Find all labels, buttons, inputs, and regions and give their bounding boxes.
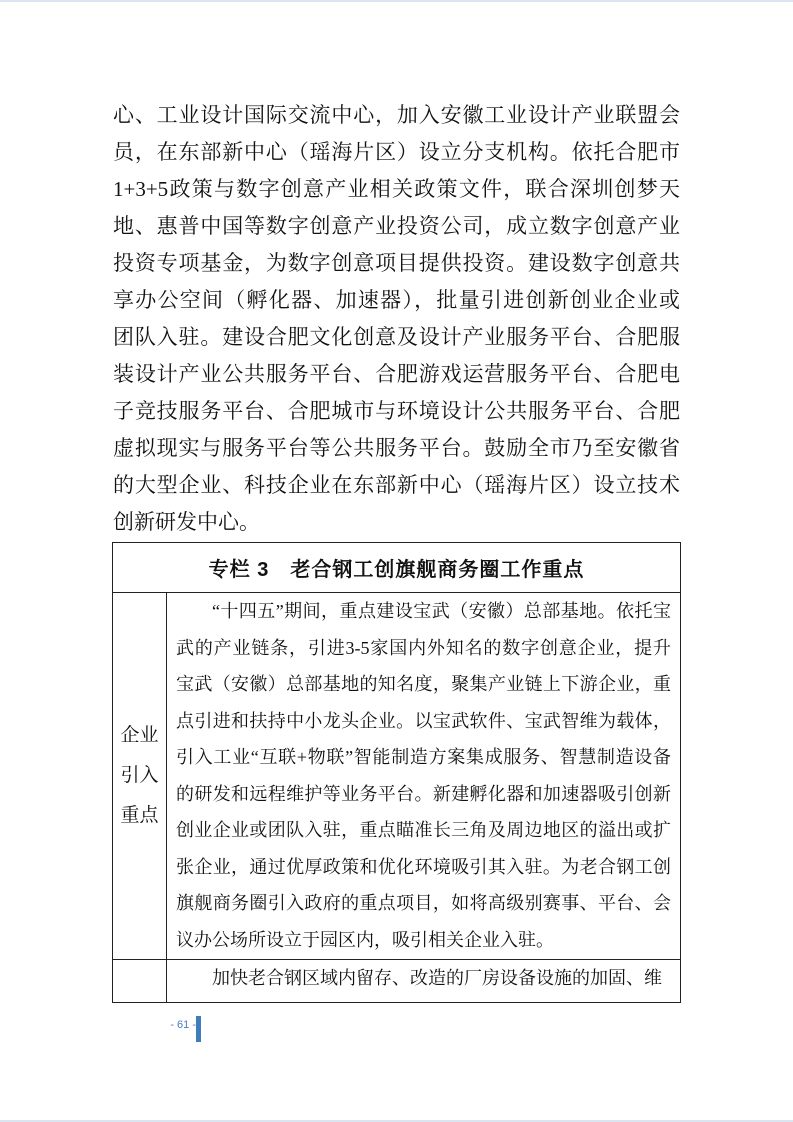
cell-text-line: 宝武（安徽）总部基地的知名度，聚集产业链上下游企业，重 [176, 666, 671, 703]
row-label-cell: 企业引入重点 [113, 593, 167, 959]
row-label-line: 企业 [120, 716, 158, 756]
cell-text-line: 引入工业“互联+物联”智能制造方案集成服务、智慧制造设备 [176, 739, 671, 776]
body-text-line: 员，在东部新中心（瑶海片区）设立分支机构。依托合肥市 [113, 134, 680, 171]
panel-title: 专栏 3 老合钢工创旗舰商务圈工作重点 [113, 543, 680, 593]
document-page: 心、工业设计国际交流中心，加入安徽工业设计产业联盟会员，在东部新中心（瑶海片区）… [0, 0, 793, 1122]
row-label-line: 重点 [120, 796, 158, 836]
body-text-line: 虚拟现实与服务平台等公共服务平台。鼓励全市乃至安徽省 [113, 430, 680, 467]
cell-text-line: 的研发和远程维护等业务平台。新建孵化器和加速器吸引创新 [176, 776, 671, 813]
cell-text-line: 加快老合钢区域内留存、改造的厂房设备设施的加固、维 [176, 960, 671, 997]
table-row: 加快老合钢区域内留存、改造的厂房设备设施的加固、维 [113, 959, 680, 1002]
body-text-line: 1+3+5政策与数字创意产业相关政策文件，联合深圳创梦天 [113, 171, 680, 208]
body-text-line: 享办公空间（孵化器、加速器），批量引进创新创业企业或 [113, 282, 680, 319]
body-text-line: 投资专项基金，为数字创意项目提供投资。建设数字创意共 [113, 245, 680, 282]
cell-text-line: “十四五”期间，重点建设宝武（安徽）总部基地。依托宝 [176, 593, 671, 630]
body-text-line: 的大型企业、科技企业在东部新中心（瑶海片区）设立技术 [113, 467, 680, 504]
row-label-cell [113, 960, 167, 1002]
body-text-line: 创新研发中心。 [113, 504, 680, 541]
page-top-edge-line [0, 0, 793, 2]
text-cursor-caret [196, 1016, 201, 1042]
body-text-line: 子竞技服务平台、合肥城市与环境设计公共服务平台、合肥 [113, 393, 680, 430]
cell-text-line: 议办公场所设立于园区内，吸引相关企业入驻。 [176, 922, 671, 959]
body-text-line: 团队入驻。建设合肥文化创意及设计产业服务平台、合肥服 [113, 319, 680, 356]
body-text-line: 心、工业设计国际交流中心，加入安徽工业设计产业联盟会 [113, 97, 680, 134]
cell-text-line: 旗舰商务圈引入政府的重点项目，如将高级别赛事、平台、会 [176, 885, 671, 922]
cell-text-line: 创业企业或团队入驻，重点瞄准长三角及周边地区的溢出或扩 [176, 812, 671, 849]
highlight-box-table: 专栏 3 老合钢工创旗舰商务圈工作重点 企业引入重点 “十四五”期间，重点建设宝… [112, 542, 681, 1003]
body-paragraph: 心、工业设计国际交流中心，加入安徽工业设计产业联盟会员，在东部新中心（瑶海片区）… [113, 97, 680, 541]
table-row: 企业引入重点 “十四五”期间，重点建设宝武（安徽）总部基地。依托宝武的产业链条，… [113, 593, 680, 959]
row-label-line: 引入 [120, 756, 158, 796]
cell-text-line: 张企业，通过优厚政策和优化环境吸引其入驻。为老合钢工创 [176, 849, 671, 886]
body-text-line: 装设计产业公共服务平台、合肥游戏运营服务平台、合肥电 [113, 356, 680, 393]
body-text-line: 地、惠普中国等数字创意产业投资公司，成立数字创意产业 [113, 208, 680, 245]
row-content-cell: “十四五”期间，重点建设宝武（安徽）总部基地。依托宝武的产业链条，引进3-5家国… [167, 593, 680, 959]
cell-text-line: 点引进和扶持中小龙头企业。以宝武软件、宝武智维为载体， [176, 703, 671, 740]
cell-text-line: 武的产业链条，引进3-5家国内外知名的数字创意企业，提升 [176, 630, 671, 667]
page-number: - 61 - [150, 1019, 196, 1031]
row-content-cell: 加快老合钢区域内留存、改造的厂房设备设施的加固、维 [167, 960, 680, 1002]
